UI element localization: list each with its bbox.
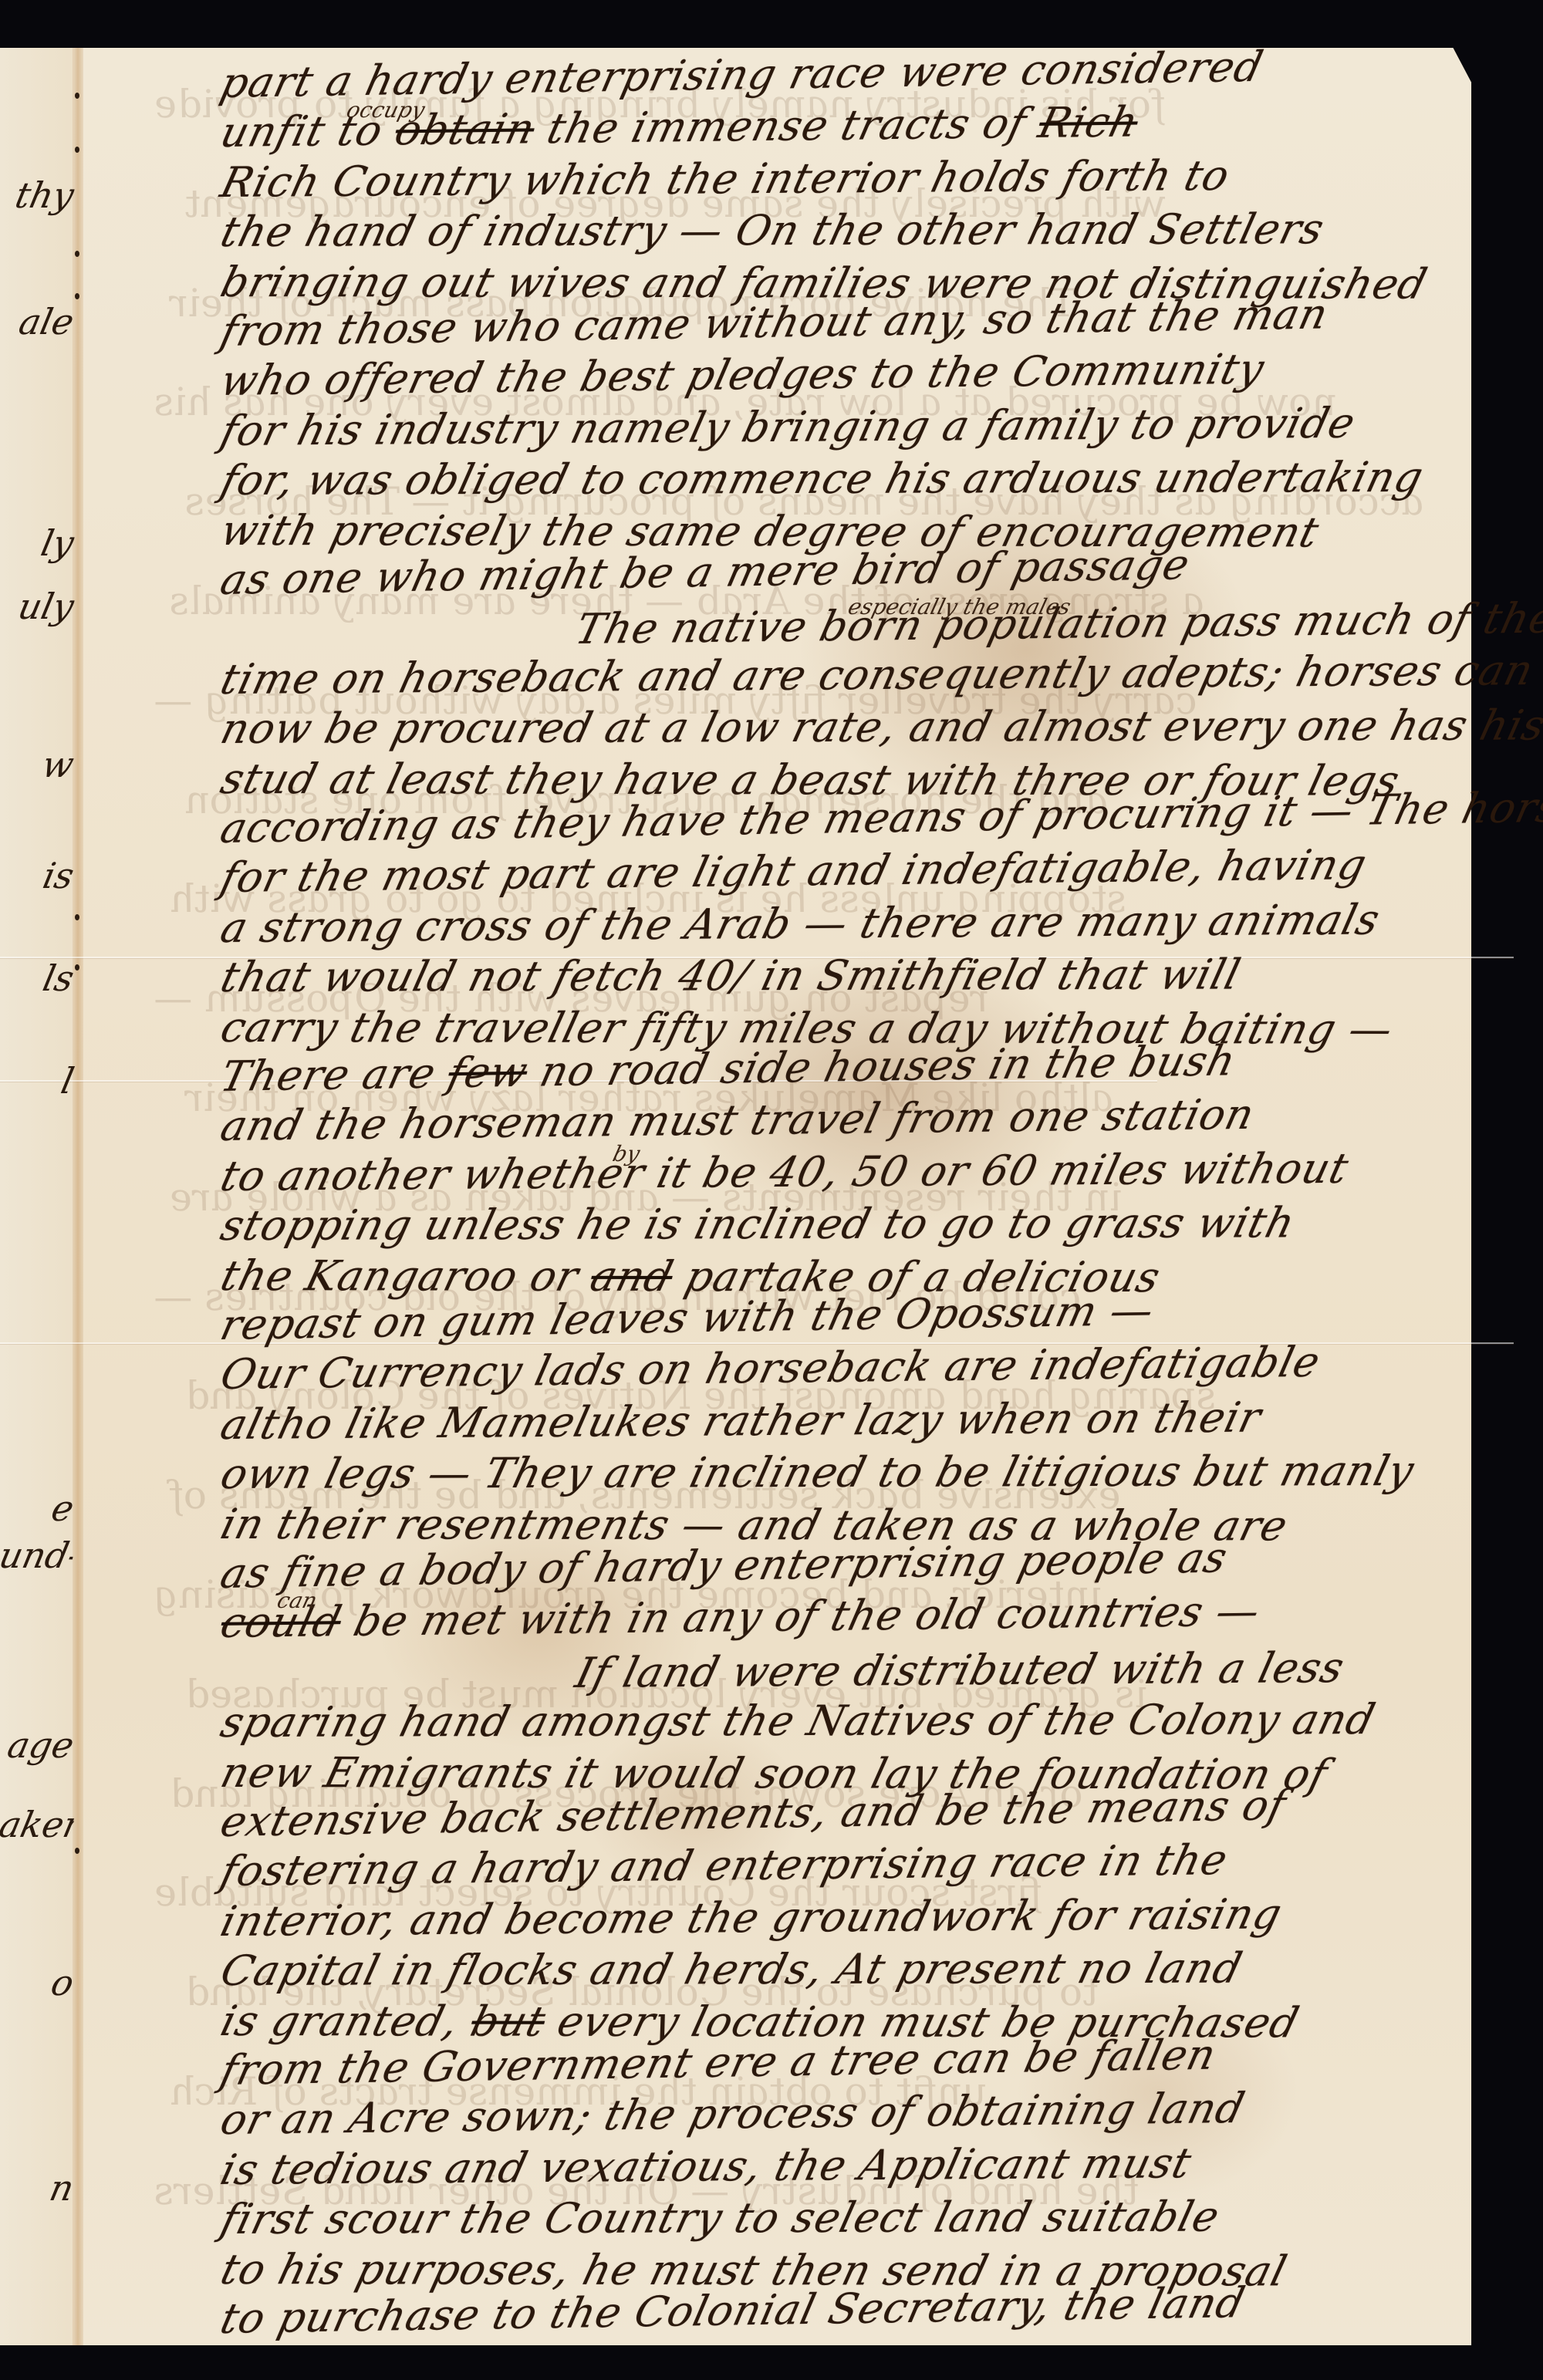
manuscript-line: Capital in flocks and herds, At present … <box>216 1944 1248 1995</box>
stitch-hole <box>75 93 79 99</box>
left-page-fragment: uly <box>0 586 78 627</box>
left-page-fragment: aker <box>0 1804 78 1845</box>
manuscript-line: the hand of industry — On the other hand… <box>216 204 1329 256</box>
manuscript-line: or an Acre sown; the process of obtainin… <box>216 2084 1250 2144</box>
manuscript-line: Rich Country which the interior holds fo… <box>216 151 1234 207</box>
manuscript-line: sparing hand amongst the Natives of the … <box>216 1695 1380 1747</box>
struck-word: Rich <box>1034 98 1143 148</box>
manuscript-line: time on horseback and are consequently a… <box>216 646 1538 704</box>
left-page-fragment: w <box>0 744 78 785</box>
manuscript-line: for his industry namely bringing a famil… <box>216 398 1360 454</box>
manuscript-line: first scour the Country to select land s… <box>216 2193 1224 2243</box>
manuscript-line: for, was obliged to commence his arduous… <box>216 453 1429 505</box>
left-page-fragment: thy <box>0 174 78 216</box>
manuscript-line: fostering a hardy and enterprising race … <box>216 1835 1233 1896</box>
left-page-fragment: age <box>0 1724 78 1766</box>
struck-word: but <box>466 1997 551 2045</box>
manuscript-line: Our Currency lads on horseback are indef… <box>216 1338 1325 1399</box>
stitch-hole <box>75 251 79 257</box>
manuscript-line: own legs — They are inclined to be litig… <box>216 1447 1420 1498</box>
interlinear-insertion: especially the males <box>846 594 1074 619</box>
manuscript-line: now be procured at a low rate, and almos… <box>216 701 1543 754</box>
left-page-fragment: ly <box>0 522 78 564</box>
manuscript-line: could be met with in any of the old coun… <box>216 1587 1265 1647</box>
manuscript-line: interior, and become the groundwork for … <box>216 1889 1287 1946</box>
manuscript-line: and the horseman must travel from one st… <box>216 1090 1259 1150</box>
left-page-fragment: ale <box>0 301 78 343</box>
manuscript-line: If land were distributed with a less <box>571 1643 1349 1697</box>
manuscript-line: a strong cross of the Arab — there are m… <box>216 895 1385 952</box>
left-page-fragment: ls <box>0 957 78 999</box>
interlinear-insertion: occupy <box>344 97 427 123</box>
manuscript-line: stopping unless he is inclined to go to … <box>216 1199 1300 1251</box>
manuscript-page: for his industry namely bringing a famil… <box>216 48 1497 2345</box>
manuscript-line: who offered the best pledges to the Comm… <box>216 345 1269 405</box>
struck-word: few <box>444 1048 533 1098</box>
left-page-fragment: n <box>0 2167 78 2209</box>
left-page-fragment: und- <box>0 1534 78 1576</box>
interlinear-insertion: can <box>275 1588 320 1613</box>
left-page-fragment: is <box>0 855 78 896</box>
page-fold <box>73 48 83 2345</box>
stitch-hole <box>75 1848 79 1854</box>
stitch-hole <box>75 914 79 920</box>
manuscript-line: to another whether it be 40, 50 or 60 mi… <box>216 1144 1354 1200</box>
left-page-fragment: l <box>0 1060 78 1102</box>
stitch-hole <box>75 293 79 299</box>
manuscript-line: altho like Mamelukes rather lazy when on… <box>216 1393 1266 1449</box>
manuscript-line: that would not fetch 40/ in Smithfield t… <box>216 950 1246 1001</box>
left-page-fragment: e <box>0 1487 78 1529</box>
manuscript-line: is tedious and vexatious, the Applicant … <box>216 2139 1197 2194</box>
left-page-fragment: o <box>0 1962 78 2004</box>
stitch-hole <box>75 147 79 153</box>
